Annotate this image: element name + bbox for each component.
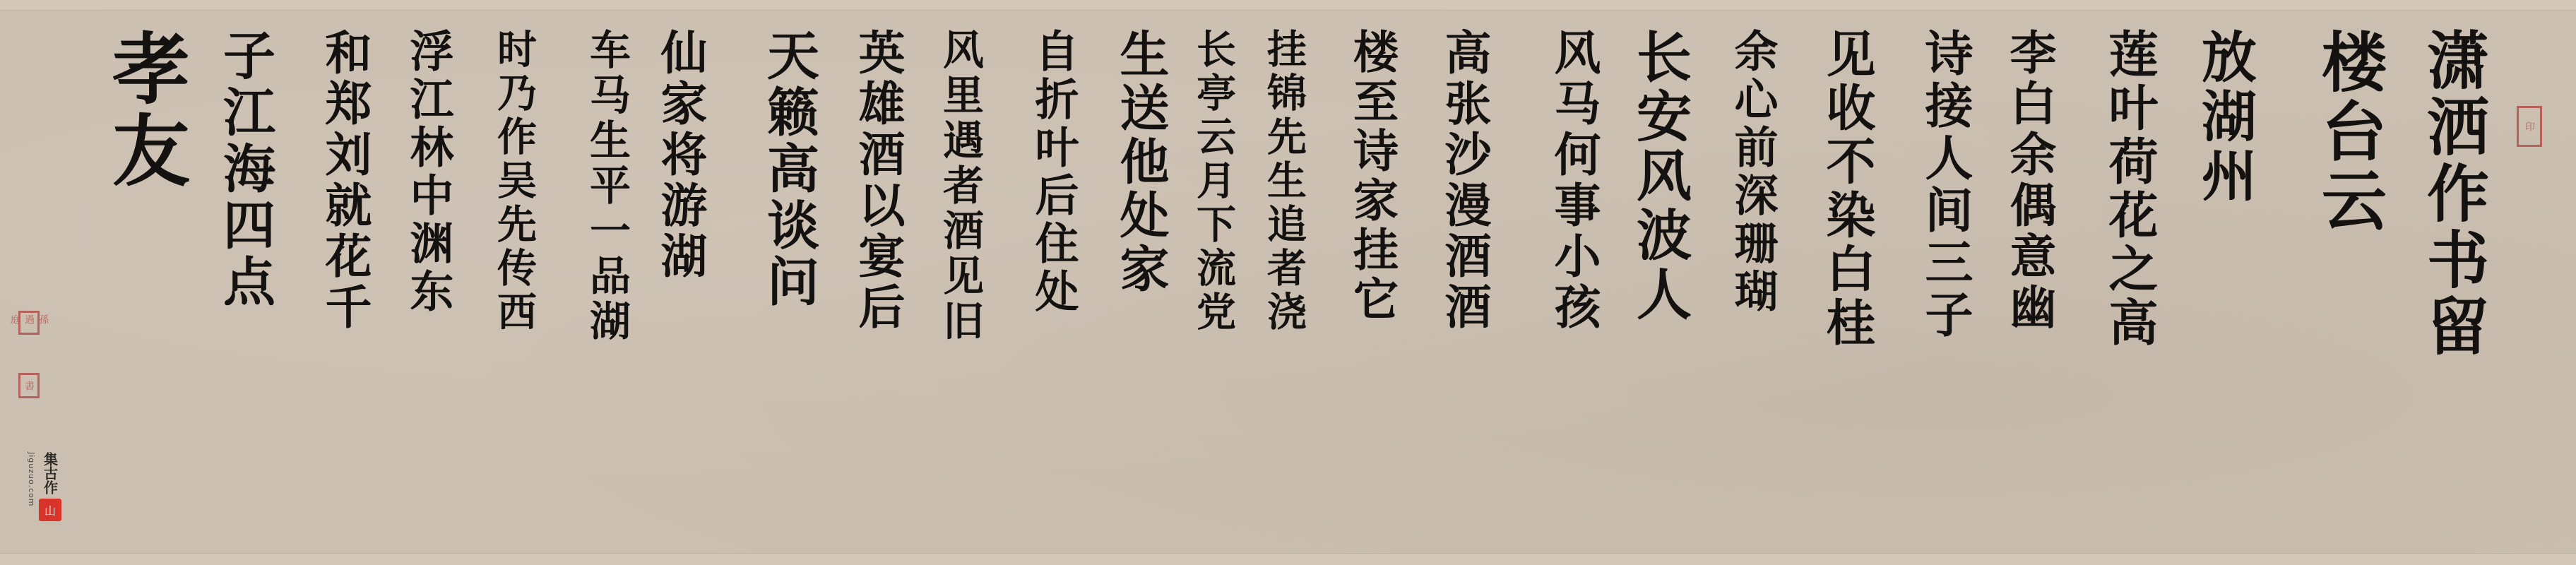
calligraphy-column: 高张沙漫酒酒 (1441, 28, 1488, 333)
calligraphy-column: 孝友 (106, 28, 184, 192)
calligraphy-column: 风马何事小孩 (1550, 28, 1597, 333)
calligraphy-column: 挂锦先生追者浇 (1264, 28, 1304, 335)
seal-stamp-icon: 孫過庭 (18, 311, 40, 335)
calligraphy-column: 生送他处家 (1116, 28, 1165, 297)
calligraphy-column: 长亭云月下流党 (1194, 28, 1233, 335)
calligraphy-column: 楼至诗家挂它 (1349, 28, 1394, 325)
seal-stamp-icon: 書 (18, 373, 40, 398)
calligraphy-column: 子江海四点 (219, 28, 271, 311)
calligraphy-column: 潇洒作书留 (2423, 28, 2485, 360)
calligraphy-column: 浮江林中渊东 (406, 28, 450, 316)
calligraphy-column: 诗接人间三子 (1921, 28, 1969, 342)
calligraphy-column: 仙家将游湖 (657, 28, 704, 282)
calligraphy-scroll: 潇洒作书留楼台云放湖州莲叶荷花之高李白余偶意幽诗接人间三子见收不染白桂余心前深珊… (0, 0, 2576, 565)
calligraphy-column: 见收不染白桂 (1822, 28, 1872, 350)
calligraphy-column: 风里遇者酒见旧 (939, 28, 980, 345)
watermark-name: 集古作 (40, 452, 61, 494)
calligraphy-column: 李白余偶意幽 (2006, 28, 2053, 333)
calligraphy-column: 楼台云 (2317, 28, 2382, 236)
calligraphy-column: 莲叶荷花之高 (2105, 28, 2154, 350)
watermark-url: Jiguzuo.com (27, 452, 36, 507)
scroll-mount-bottom (0, 553, 2576, 565)
calligraphy-column: 长安风波人 (1632, 28, 1687, 325)
calligraphy-column: 英雄酒以宴后 (855, 28, 901, 333)
calligraphy-column: 放湖州 (2197, 28, 2252, 206)
calligraphy-column: 车马生平一品湖 (586, 28, 627, 345)
watermark-seal-icon: 山 (39, 499, 61, 521)
scroll-mount-top (0, 0, 2576, 11)
calligraphy-column: 和郑刘就花千 (321, 28, 368, 333)
watermark: Jiguzuo.com 集古作 山 (27, 452, 61, 521)
calligraphy-column: 天籁高谈问 (763, 28, 815, 311)
calligraphy-column: 自折叶后住处 (1031, 28, 1075, 316)
seal-stamp-icon: 印 (2517, 106, 2542, 147)
calligraphy-column: 时乃作吴先传西 (494, 28, 534, 335)
calligraphy-column: 余心前深珊瑚 (1731, 28, 1774, 316)
